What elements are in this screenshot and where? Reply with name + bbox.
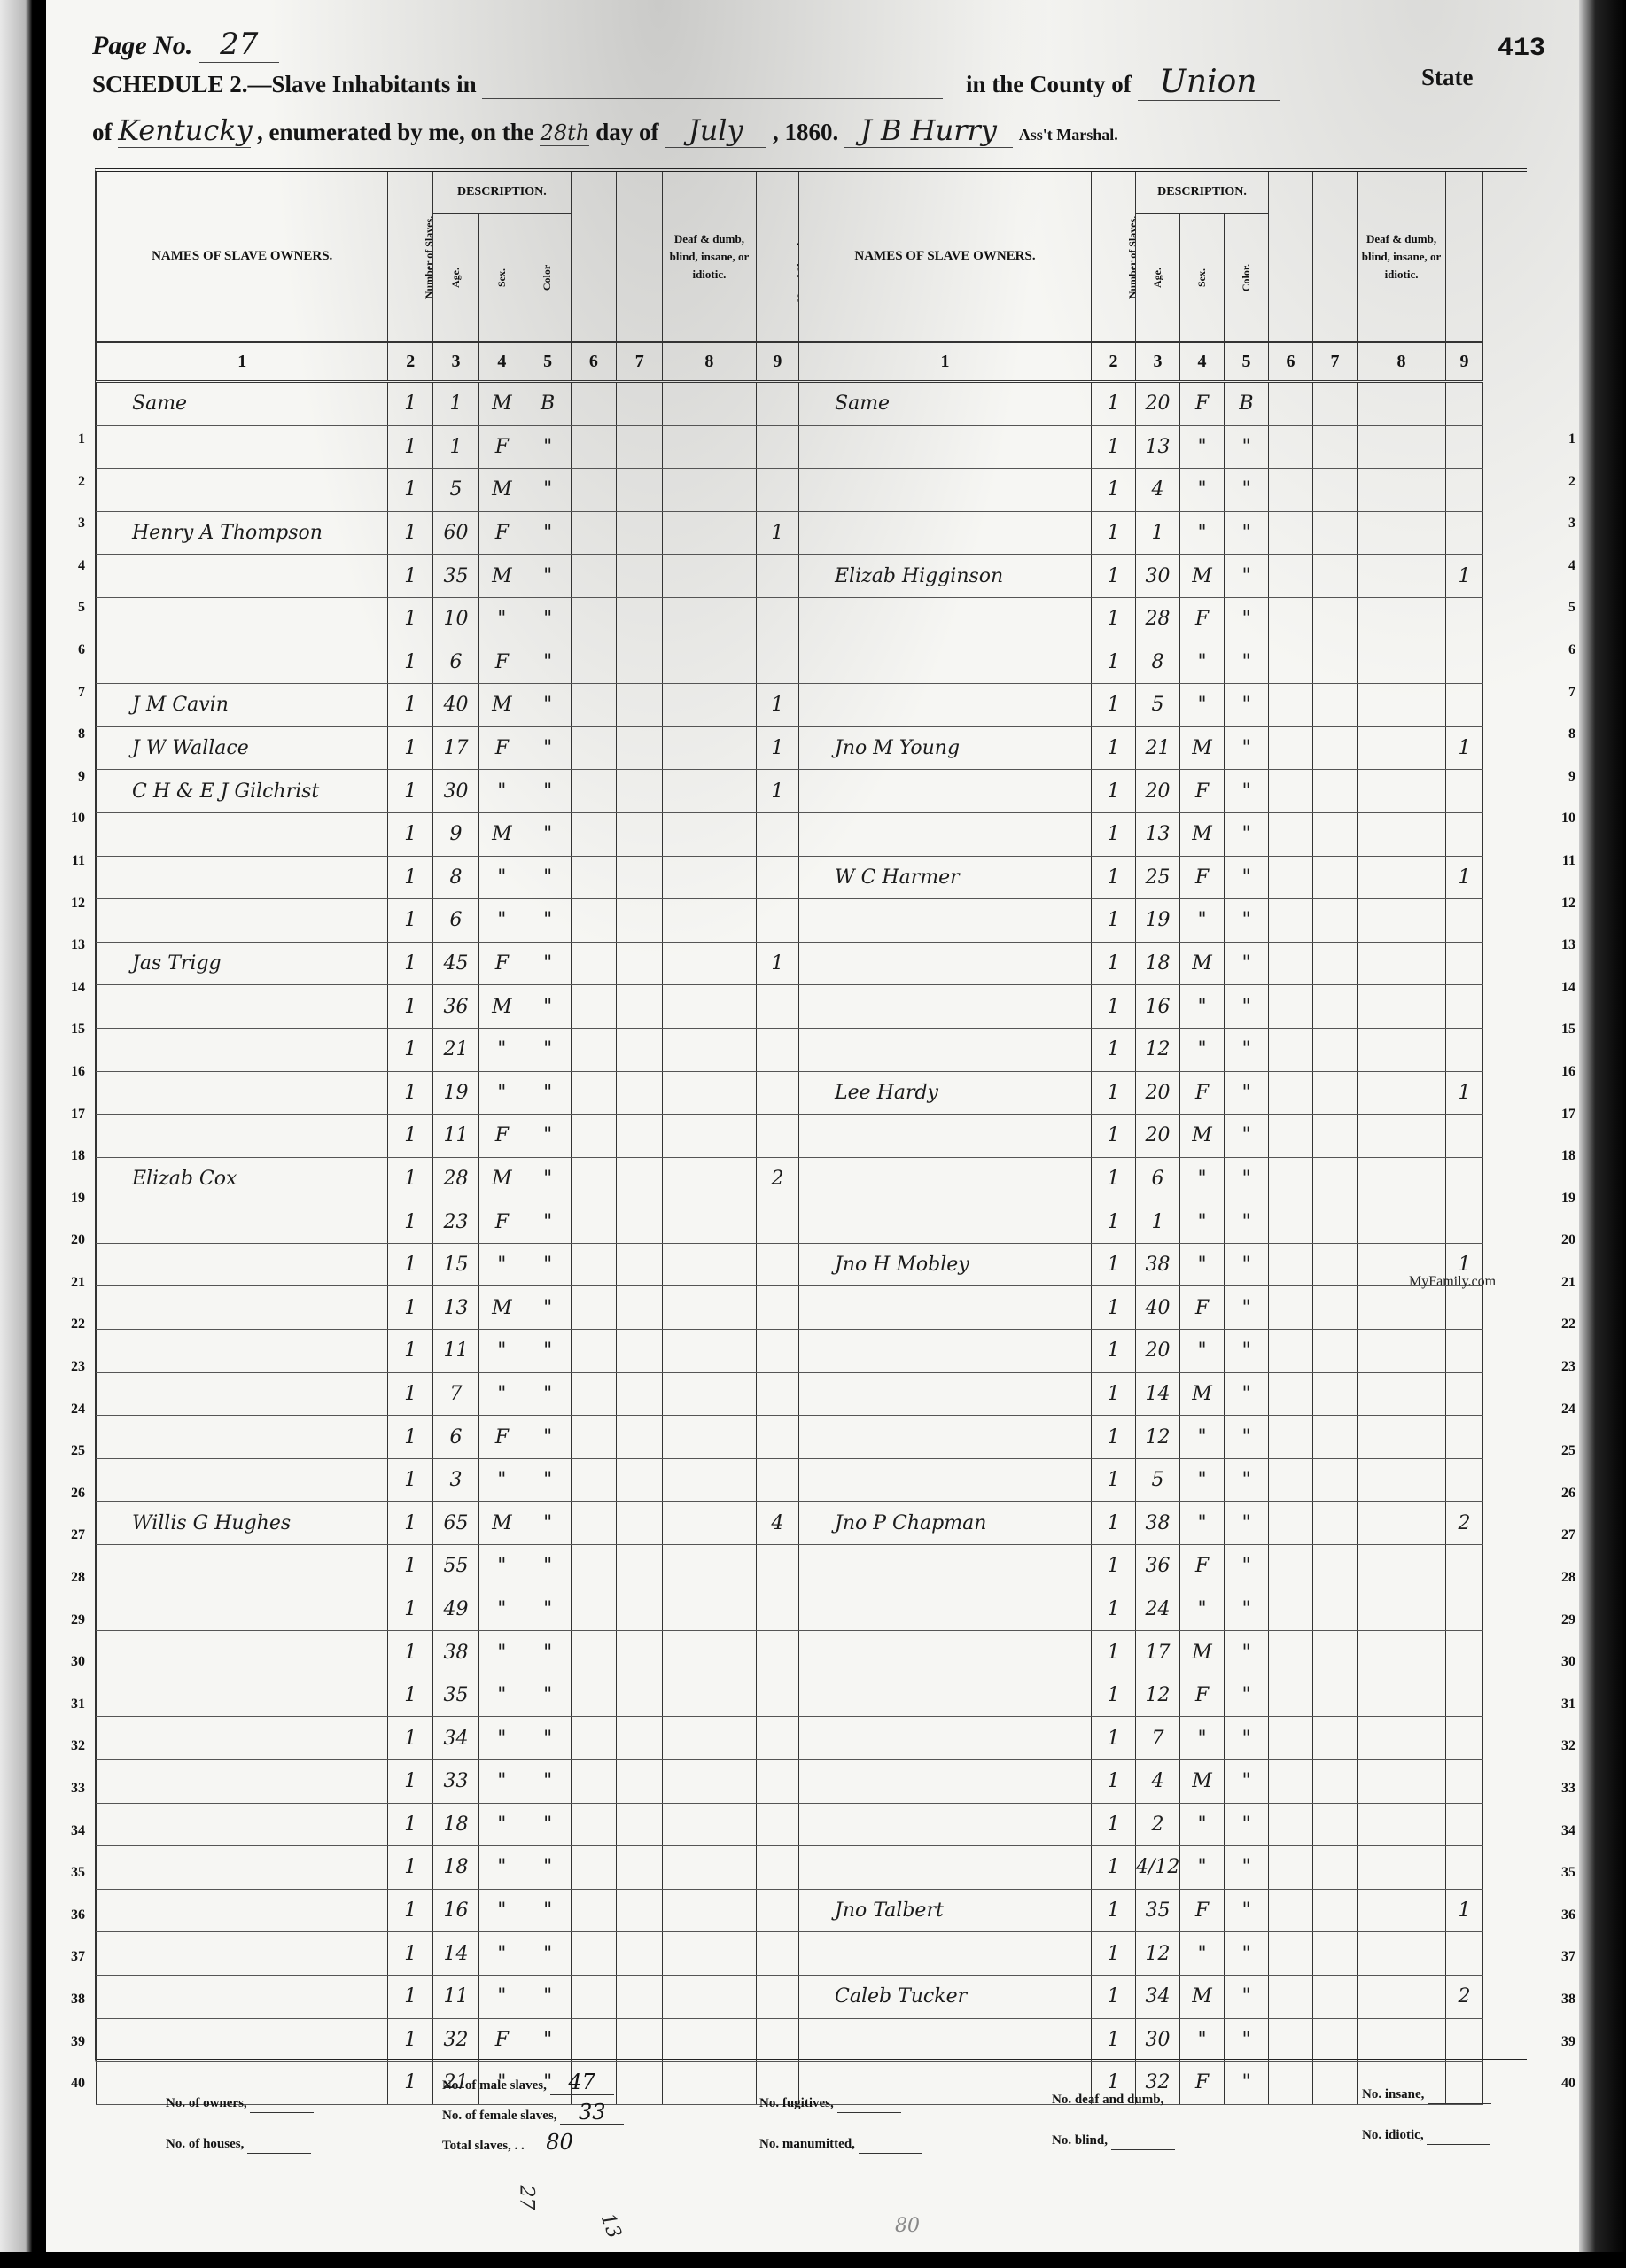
cell-count: 1 bbox=[388, 1330, 433, 1373]
cell-man bbox=[1313, 1674, 1358, 1717]
table-row: 116"" bbox=[97, 1889, 799, 1932]
cell-man bbox=[617, 770, 663, 813]
cell-color: " bbox=[525, 641, 571, 684]
owners-label: No. of owners, bbox=[166, 2096, 247, 2110]
cell-sex: " bbox=[478, 1458, 525, 1502]
cell-deaf bbox=[1358, 942, 1446, 985]
table-row: 12"" bbox=[799, 1803, 1483, 1846]
cell-count: 1 bbox=[1092, 382, 1136, 426]
cell-man bbox=[617, 1975, 663, 2018]
cell-owner: Henry A Thompson bbox=[97, 511, 388, 555]
row-number: 40 bbox=[1542, 2062, 1575, 2105]
cell-age: 12 bbox=[1136, 1674, 1180, 1717]
cell-age: 2 bbox=[1136, 1803, 1180, 1846]
cell-count: 1 bbox=[388, 1502, 433, 1545]
row-number: 7 bbox=[1542, 672, 1575, 714]
cell-houses bbox=[756, 555, 798, 598]
cell-sex: M bbox=[1180, 1631, 1225, 1674]
cell-man bbox=[617, 812, 663, 856]
cell-owner: Jno M Young bbox=[799, 726, 1092, 770]
col-num: 5 bbox=[1225, 342, 1269, 382]
cell-fug bbox=[571, 856, 617, 899]
cell-color: " bbox=[1225, 942, 1269, 985]
cell-sex: " bbox=[478, 1975, 525, 2018]
cell-owner bbox=[799, 1115, 1092, 1158]
cell-deaf bbox=[1358, 1631, 1446, 1674]
cell-color: " bbox=[525, 1932, 571, 1976]
cell-fug bbox=[571, 1760, 617, 1804]
table-row: 111"" bbox=[97, 1975, 799, 2018]
header-age-text: Age. bbox=[1151, 268, 1164, 288]
cell-sex: M bbox=[478, 1286, 525, 1330]
cell-count: 1 bbox=[1092, 1028, 1136, 1071]
cell-fug bbox=[571, 2018, 617, 2062]
cell-man bbox=[1313, 1372, 1358, 1416]
cell-age: 17 bbox=[1136, 1631, 1180, 1674]
blind-total: No. blind, bbox=[1052, 2124, 1175, 2150]
cell-houses bbox=[756, 1200, 798, 1244]
of-label: of bbox=[92, 119, 113, 145]
cell-fug bbox=[1269, 1674, 1313, 1717]
cell-count: 1 bbox=[1092, 1372, 1136, 1416]
cell-color: " bbox=[525, 1889, 571, 1932]
cell-color: " bbox=[525, 1803, 571, 1846]
row-number: 23 bbox=[50, 1346, 85, 1388]
cell-count: 1 bbox=[1092, 1932, 1136, 1976]
cell-fug bbox=[571, 899, 617, 943]
cell-age: 38 bbox=[433, 1631, 479, 1674]
cell-sex: " bbox=[1180, 1157, 1225, 1200]
cell-age: 16 bbox=[1136, 985, 1180, 1029]
header-age-text: Age. bbox=[449, 268, 463, 288]
cell-color: " bbox=[1225, 1545, 1269, 1588]
cell-fug bbox=[1269, 684, 1313, 727]
cell-age: 23 bbox=[433, 1200, 479, 1244]
cell-owner bbox=[799, 1200, 1092, 1244]
cell-age: 19 bbox=[1136, 899, 1180, 943]
cell-houses bbox=[1446, 899, 1483, 943]
cell-owner bbox=[799, 1803, 1092, 1846]
cell-deaf bbox=[663, 1889, 757, 1932]
cell-houses: 1 bbox=[756, 942, 798, 985]
cell-age: 34 bbox=[433, 1717, 479, 1760]
cell-deaf bbox=[1358, 597, 1446, 641]
row-number: 11 bbox=[1542, 840, 1575, 882]
cell-houses bbox=[1446, 1286, 1483, 1330]
cell-houses bbox=[1446, 469, 1483, 512]
table-row: 11"" bbox=[799, 1200, 1483, 1244]
cell-houses bbox=[1446, 425, 1483, 469]
table-row: Jas Trigg145F"1 bbox=[97, 942, 799, 985]
cell-age: 20 bbox=[1136, 1330, 1180, 1373]
cell-owner bbox=[97, 555, 388, 598]
cell-man bbox=[1313, 726, 1358, 770]
cell-houses bbox=[1446, 511, 1483, 555]
cell-sex: F bbox=[1180, 382, 1225, 426]
cell-man bbox=[617, 1932, 663, 1976]
cell-fug bbox=[1269, 469, 1313, 512]
row-number: 31 bbox=[1542, 1683, 1575, 1726]
cell-owner bbox=[97, 1330, 388, 1373]
cell-owner bbox=[799, 1588, 1092, 1631]
cell-color: " bbox=[1225, 812, 1269, 856]
cell-deaf bbox=[663, 1846, 757, 1890]
table-row: 14"" bbox=[799, 469, 1483, 512]
cell-count: 1 bbox=[1092, 425, 1136, 469]
cell-man bbox=[617, 425, 663, 469]
table-row: 123F" bbox=[97, 1200, 799, 1244]
cell-count: 1 bbox=[388, 1975, 433, 2018]
cell-man bbox=[617, 1458, 663, 1502]
cell-age: 7 bbox=[433, 1372, 479, 1416]
cell-man bbox=[1313, 511, 1358, 555]
cell-count: 1 bbox=[1092, 1588, 1136, 1631]
cell-fug bbox=[571, 1932, 617, 1976]
cell-fug bbox=[571, 382, 617, 426]
cell-deaf bbox=[663, 382, 757, 426]
cell-owner: J W Wallace bbox=[97, 726, 388, 770]
cell-fug bbox=[571, 1545, 617, 1588]
blank-line bbox=[482, 71, 943, 99]
cell-man bbox=[1313, 1157, 1358, 1200]
cell-houses bbox=[756, 1071, 798, 1115]
cell-man bbox=[617, 1157, 663, 1200]
cell-owner bbox=[97, 1975, 388, 2018]
cell-color: " bbox=[1225, 1674, 1269, 1717]
cell-fug bbox=[1269, 1157, 1313, 1200]
col-num: 3 bbox=[433, 342, 479, 382]
year-value: , 1860. bbox=[773, 119, 838, 145]
row-number: 24 bbox=[1542, 1388, 1575, 1431]
right-census-table: NAMES OF SLAVE OWNERS. Number of Slaves.… bbox=[798, 172, 1483, 2105]
cell-houses: 1 bbox=[1446, 1071, 1483, 1115]
row-number: 38 bbox=[50, 1978, 85, 2021]
fugitives-total: No. fugitives, bbox=[759, 2087, 901, 2113]
cell-deaf bbox=[1358, 684, 1446, 727]
cell-owner bbox=[97, 597, 388, 641]
row-number: 6 bbox=[50, 629, 85, 672]
cell-sex: F bbox=[478, 641, 525, 684]
header-fugitives: Fugitives from the State. bbox=[1269, 172, 1313, 342]
cell-sex: " bbox=[478, 1932, 525, 1976]
cell-man bbox=[1313, 469, 1358, 512]
table-row: 119"" bbox=[799, 899, 1483, 943]
cell-count: 1 bbox=[388, 1416, 433, 1459]
cell-man bbox=[1313, 1115, 1358, 1158]
cell-sex: F bbox=[1180, 1286, 1225, 1330]
cell-color: " bbox=[525, 1416, 571, 1459]
cell-deaf bbox=[1358, 1975, 1446, 2018]
cell-count: 1 bbox=[1092, 812, 1136, 856]
row-number: 33 bbox=[50, 1767, 85, 1810]
cell-houses bbox=[756, 1115, 798, 1158]
cell-owner bbox=[97, 469, 388, 512]
cell-age: 30 bbox=[1136, 2018, 1180, 2062]
cell-age: 24 bbox=[1136, 1588, 1180, 1631]
row-number: 11 bbox=[50, 840, 85, 882]
table-row: 16F" bbox=[97, 641, 799, 684]
row-number: 21 bbox=[1542, 1262, 1575, 1304]
cell-houses bbox=[756, 641, 798, 684]
cell-age: 21 bbox=[433, 1028, 479, 1071]
table-row: 118M" bbox=[799, 942, 1483, 985]
cell-sex: " bbox=[1180, 425, 1225, 469]
cell-owner bbox=[97, 641, 388, 684]
cell-man bbox=[1313, 1200, 1358, 1244]
cell-man bbox=[617, 942, 663, 985]
cell-color: " bbox=[525, 1071, 571, 1115]
col-num: 3 bbox=[1136, 342, 1180, 382]
cell-houses bbox=[756, 1330, 798, 1373]
cell-owner bbox=[799, 1545, 1092, 1588]
cell-deaf bbox=[1358, 1674, 1446, 1717]
female-total: No. of female slaves, 33 bbox=[442, 2100, 624, 2125]
houses-label: No. of houses, bbox=[166, 2137, 244, 2151]
col-num: 2 bbox=[388, 342, 433, 382]
row-number: 2 bbox=[50, 461, 85, 503]
table-row: Willis G Hughes165M"4 bbox=[97, 1502, 799, 1545]
cell-deaf bbox=[663, 641, 757, 684]
cell-owner bbox=[799, 1760, 1092, 1804]
cell-deaf bbox=[1358, 726, 1446, 770]
row-number: 1 bbox=[50, 418, 85, 461]
cell-deaf bbox=[1358, 1545, 1446, 1588]
cell-count: 1 bbox=[1092, 1674, 1136, 1717]
cell-sex: F bbox=[1180, 1674, 1225, 1717]
cell-count: 1 bbox=[388, 899, 433, 943]
cell-count: 1 bbox=[388, 511, 433, 555]
cell-owner: Elizab Cox bbox=[97, 1157, 388, 1200]
cell-sex: F bbox=[478, 425, 525, 469]
blind-value bbox=[1111, 2124, 1175, 2150]
cell-sex: " bbox=[1180, 1846, 1225, 1890]
cell-houses bbox=[756, 1545, 798, 1588]
table-row: 140F" bbox=[799, 1286, 1483, 1330]
cell-sex: " bbox=[478, 597, 525, 641]
header-number-slaves-text: Number of Slaves. bbox=[424, 215, 433, 298]
header-deaf-blind: Deaf & dumb, blind, insane, or idiotic. bbox=[663, 172, 757, 342]
cell-fug bbox=[571, 469, 617, 512]
cell-age: 30 bbox=[433, 770, 479, 813]
header-color-text: Color bbox=[541, 265, 555, 291]
cell-color: " bbox=[525, 1458, 571, 1502]
cell-deaf bbox=[663, 1760, 757, 1804]
cell-fug bbox=[571, 1028, 617, 1071]
table-row: 13"" bbox=[97, 1458, 799, 1502]
row-number: 35 bbox=[50, 1852, 85, 1894]
cell-color: " bbox=[525, 2018, 571, 2062]
cell-man bbox=[617, 1545, 663, 1588]
cell-age: 28 bbox=[433, 1157, 479, 1200]
table-row: 114"" bbox=[97, 1932, 799, 1976]
table-row: 18"" bbox=[799, 641, 1483, 684]
cell-sex: F bbox=[1180, 1889, 1225, 1932]
cell-count: 1 bbox=[1092, 597, 1136, 641]
insane-value bbox=[1428, 2078, 1491, 2104]
cell-fug bbox=[1269, 1028, 1313, 1071]
cell-owner: W C Harmer bbox=[799, 856, 1092, 899]
cell-color: " bbox=[525, 1157, 571, 1200]
row-number: 34 bbox=[50, 1810, 85, 1852]
cell-man bbox=[1313, 641, 1358, 684]
row-number: 13 bbox=[1542, 924, 1575, 967]
cell-owner bbox=[97, 1416, 388, 1459]
cell-houses bbox=[1446, 597, 1483, 641]
cell-count: 1 bbox=[388, 425, 433, 469]
cell-owner: Willis G Hughes bbox=[97, 1502, 388, 1545]
cell-count: 1 bbox=[388, 555, 433, 598]
cell-fug bbox=[571, 1372, 617, 1416]
cell-man bbox=[1313, 899, 1358, 943]
cell-houses: 2 bbox=[1446, 1502, 1483, 1545]
table-row: 149"" bbox=[97, 1588, 799, 1631]
cell-man bbox=[617, 1717, 663, 1760]
manumitted-label: No. manumitted, bbox=[759, 2137, 855, 2151]
cell-count: 1 bbox=[1092, 1803, 1136, 1846]
cell-owner bbox=[799, 1631, 1092, 1674]
cell-fug bbox=[571, 641, 617, 684]
cell-fug bbox=[1269, 511, 1313, 555]
row-number: 16 bbox=[1542, 1051, 1575, 1093]
cell-sex: " bbox=[478, 1760, 525, 1804]
insane-total: No. insane, bbox=[1362, 2078, 1491, 2104]
cell-deaf bbox=[1358, 1588, 1446, 1631]
cell-deaf bbox=[663, 1674, 757, 1717]
cell-houses bbox=[756, 1286, 798, 1330]
idiotic-total: No. idiotic, bbox=[1362, 2119, 1490, 2145]
male-total: No. of male slaves, 47 bbox=[442, 2070, 614, 2095]
cell-deaf bbox=[663, 856, 757, 899]
header-owner-names: NAMES OF SLAVE OWNERS. bbox=[799, 172, 1092, 342]
male-value: 47 bbox=[550, 2070, 614, 2095]
header-color: Color. bbox=[1225, 214, 1269, 343]
cell-count: 1 bbox=[388, 2018, 433, 2062]
cell-houses: 1 bbox=[1446, 856, 1483, 899]
table-row: Jno Talbert135F"1 bbox=[799, 1889, 1483, 1932]
cell-count: 1 bbox=[388, 1846, 433, 1890]
cell-deaf bbox=[1358, 1416, 1446, 1459]
cell-deaf bbox=[1358, 1200, 1446, 1244]
cell-count: 1 bbox=[388, 597, 433, 641]
cell-count: 1 bbox=[388, 1458, 433, 1502]
row-number: 34 bbox=[1542, 1810, 1575, 1852]
cell-count: 1 bbox=[1092, 1416, 1136, 1459]
cell-owner bbox=[97, 1717, 388, 1760]
cell-owner bbox=[799, 1458, 1092, 1502]
row-number: 39 bbox=[1542, 2021, 1575, 2063]
col-num: 4 bbox=[1180, 342, 1225, 382]
cell-houses: 1 bbox=[1446, 555, 1483, 598]
cell-count: 1 bbox=[1092, 942, 1136, 985]
row-number: 19 bbox=[50, 1177, 85, 1220]
table-row: 111"" bbox=[97, 1330, 799, 1373]
row-number: 4 bbox=[50, 545, 85, 587]
cell-fug bbox=[1269, 1760, 1313, 1804]
cell-sex: " bbox=[1180, 985, 1225, 1029]
cell-owner bbox=[799, 1330, 1092, 1373]
row-number: 4 bbox=[1542, 545, 1575, 587]
row-number: 32 bbox=[1542, 1725, 1575, 1767]
cell-deaf bbox=[1358, 1846, 1446, 1890]
page-number-line: Page No. 27 bbox=[92, 27, 279, 63]
cell-houses: 2 bbox=[1446, 1975, 1483, 2018]
row-number: 28 bbox=[1542, 1557, 1575, 1599]
cell-count: 1 bbox=[1092, 1071, 1136, 1115]
cell-sex: M bbox=[478, 1502, 525, 1545]
row-number: 37 bbox=[50, 1936, 85, 1978]
owners-total: No. of owners, bbox=[166, 2087, 314, 2113]
deaf-total: No. deaf and dumb, bbox=[1052, 2084, 1231, 2109]
table-row: 119"" bbox=[97, 1071, 799, 1115]
cell-color: " bbox=[1225, 1889, 1269, 1932]
table-row: 135"" bbox=[97, 1674, 799, 1717]
col-num: 7 bbox=[617, 342, 663, 382]
cell-owner bbox=[799, 511, 1092, 555]
census-grid: NAMES OF SLAVE OWNERS. Number of Slaves.… bbox=[95, 168, 1527, 2062]
table-row: 155"" bbox=[97, 1545, 799, 1588]
cell-sex: " bbox=[478, 1717, 525, 1760]
cell-man bbox=[1313, 770, 1358, 813]
cell-color: " bbox=[1225, 1932, 1269, 1976]
cell-age: 40 bbox=[1136, 1286, 1180, 1330]
cell-deaf bbox=[663, 1028, 757, 1071]
cell-owner: Same bbox=[799, 382, 1092, 426]
cell-age: 19 bbox=[433, 1071, 479, 1115]
cell-deaf bbox=[1358, 1330, 1446, 1373]
cell-deaf bbox=[1358, 641, 1446, 684]
cell-owner bbox=[97, 899, 388, 943]
row-number: 23 bbox=[1542, 1346, 1575, 1388]
row-number: 3 bbox=[50, 502, 85, 545]
cell-houses bbox=[1446, 1200, 1483, 1244]
cell-count: 1 bbox=[1092, 1545, 1136, 1588]
cell-owner bbox=[97, 1286, 388, 1330]
cell-sex: " bbox=[1180, 1458, 1225, 1502]
cell-owner bbox=[799, 770, 1092, 813]
cell-color: " bbox=[1225, 770, 1269, 813]
cell-count: 1 bbox=[1092, 2018, 1136, 2062]
col-num: 8 bbox=[1358, 342, 1446, 382]
cell-fug bbox=[1269, 1631, 1313, 1674]
cell-age: 36 bbox=[1136, 1545, 1180, 1588]
cell-sex: " bbox=[478, 1803, 525, 1846]
cell-fug bbox=[1269, 1458, 1313, 1502]
cell-count: 1 bbox=[388, 1889, 433, 1932]
table-row: 16F" bbox=[97, 1416, 799, 1459]
cell-fug bbox=[1269, 1071, 1313, 1115]
cell-houses bbox=[756, 1028, 798, 1071]
cell-sex: F bbox=[478, 726, 525, 770]
table-row: 18"" bbox=[97, 856, 799, 899]
cell-count: 1 bbox=[1092, 899, 1136, 943]
cell-deaf bbox=[663, 1631, 757, 1674]
cell-houses bbox=[756, 469, 798, 512]
row-number: 22 bbox=[50, 1303, 85, 1346]
cell-sex: F bbox=[1180, 1545, 1225, 1588]
cell-man bbox=[1313, 1330, 1358, 1373]
cell-houses bbox=[1446, 1157, 1483, 1200]
marshal-label: Ass't Marshal. bbox=[1019, 126, 1118, 144]
cell-age: 45 bbox=[433, 942, 479, 985]
table-row: 118"" bbox=[97, 1846, 799, 1890]
table-row: J M Cavin140M"1 bbox=[97, 684, 799, 727]
cell-sex: " bbox=[1180, 1200, 1225, 1244]
cell-count: 1 bbox=[388, 684, 433, 727]
cell-owner bbox=[97, 1372, 388, 1416]
row-number: 36 bbox=[50, 1894, 85, 1937]
cell-man bbox=[617, 597, 663, 641]
cell-sex: M bbox=[1180, 1975, 1225, 2018]
